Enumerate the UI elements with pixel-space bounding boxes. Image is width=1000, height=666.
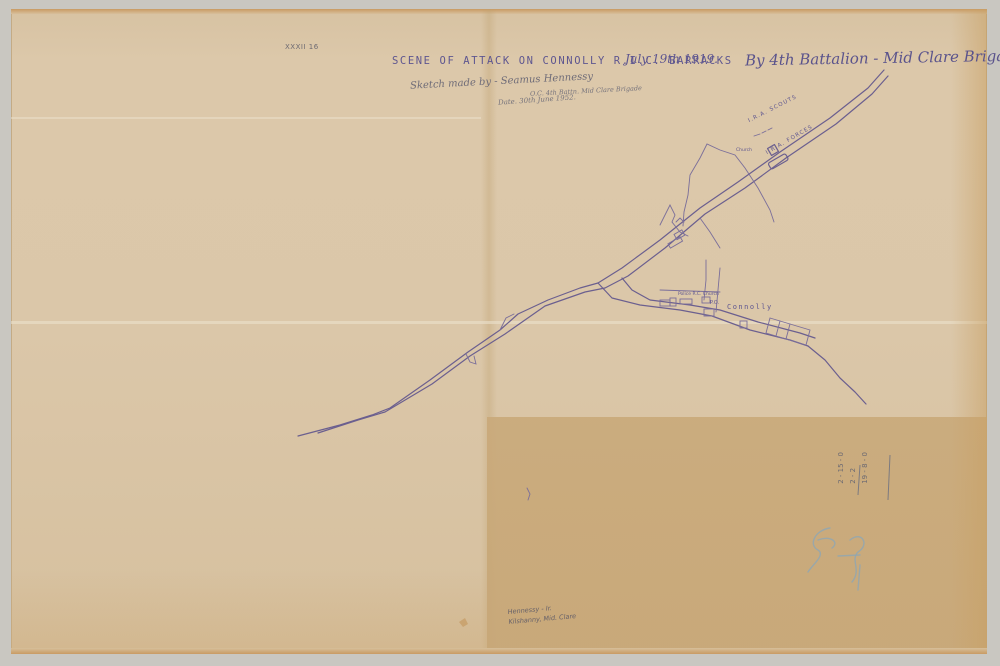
margin-line: 2 - 15 - 0 <box>837 452 845 484</box>
margin-line: 2 - 2 <box>849 468 857 484</box>
archive-reference: XXXII 16 <box>285 43 319 51</box>
main-road <box>298 70 888 436</box>
label-church: Church <box>736 148 752 153</box>
blue-pencil-mark <box>808 528 864 590</box>
margin-pencil-note: 2 - 15 - 0 2 - 2 19 - 8 - 0 <box>835 452 871 484</box>
label-police-barracks: Police R.C. Church <box>678 292 719 297</box>
map-title-date: July 19th 1919. <box>625 52 718 66</box>
label-connolly: Connolly <box>727 303 773 311</box>
label-post-office: P.O. <box>710 300 719 306</box>
connolly-road <box>598 278 866 404</box>
margin-line: 19 - 8 - 0 <box>861 452 869 484</box>
